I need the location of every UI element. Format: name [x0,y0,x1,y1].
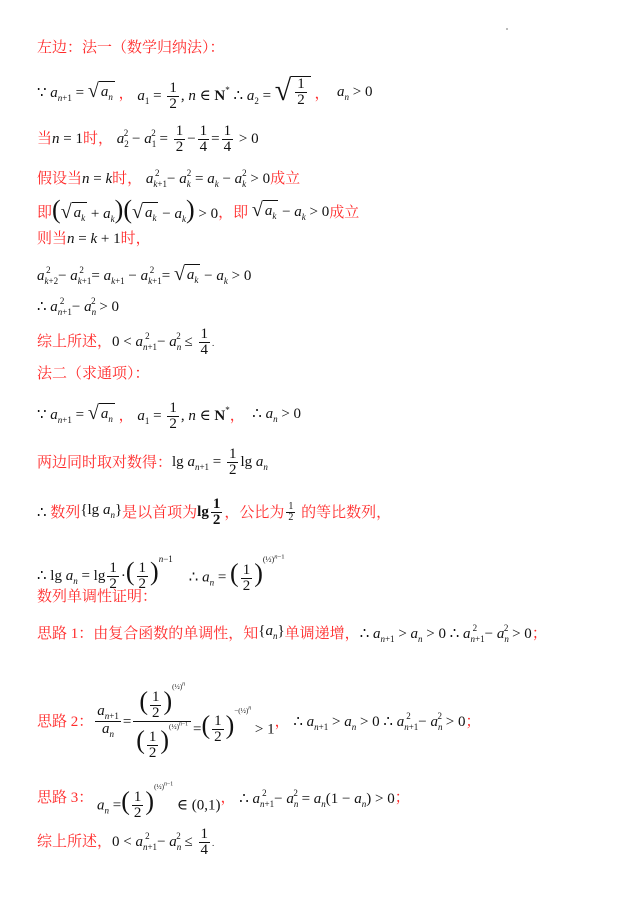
method1-hypothesis: 假设当 n = k 时， ak+12 − ak2 = ak − ak2 > 0 … [37,163,300,194]
method1-step: 则当 n = k + 1 时， [37,229,151,249]
method1-base-case: 当 n = 1 时， a22 − a12 = 12−14=14 > 0 [37,123,259,155]
monotonic-idea1: 思路 1：由复合函数的单调性，知 {an} 单调递增， ∴ an+1 > an … [37,618,547,649]
base-case-label: 当 [37,129,52,149]
stray-dot [506,28,508,30]
method1-summary: 综上所述， 0 < an+12 − an2 ≤ 14. [37,326,214,358]
method1-given: ∵ an+1 = √an ， a1 = 12, n ∈ N* ∴ a2 = √1… [37,76,372,112]
method2-heading: 法二（求通项）： [37,364,150,384]
monotonic-summary: 综上所述， 0 < an+12 − an2 ≤ 14. [37,826,214,858]
method2-sequence: ∴ 数列 {lg an} 是以首项为 lg12 ，公比为 12 的等比数列， [37,497,391,528]
method2-log: 两边同时取对数得： lg an+1 = 12lg an [37,447,268,478]
monotonic-idea2: 思路 2： an+1an = (12)(½)n(12)(½)n−1 =(12)−… [37,683,480,761]
monotonic-heading: 数列单调性证明： [37,587,157,607]
method1-heading: 左边：法一（数学归纳法）： [37,38,225,58]
method1-therefore: ∴ an+12 − an2 > 0 [37,291,119,322]
monotonic-idea3: 思路 3： an =(12)(½)n−1 ∈ (0,1) ， ∴ an+12 −… [37,775,410,821]
method2-given: ∵ an+1 = √an ， a1 = 12, n ∈ N* ， ∴ an > … [37,400,301,432]
method1-step-expr: ak+22 − ak+12 = ak+1 − ak+12 = √ak − ak … [37,260,251,291]
method1-ie: 即 (√ak + ak)(√ak − ak) > 0 ，即 √ak − ak >… [37,197,359,229]
